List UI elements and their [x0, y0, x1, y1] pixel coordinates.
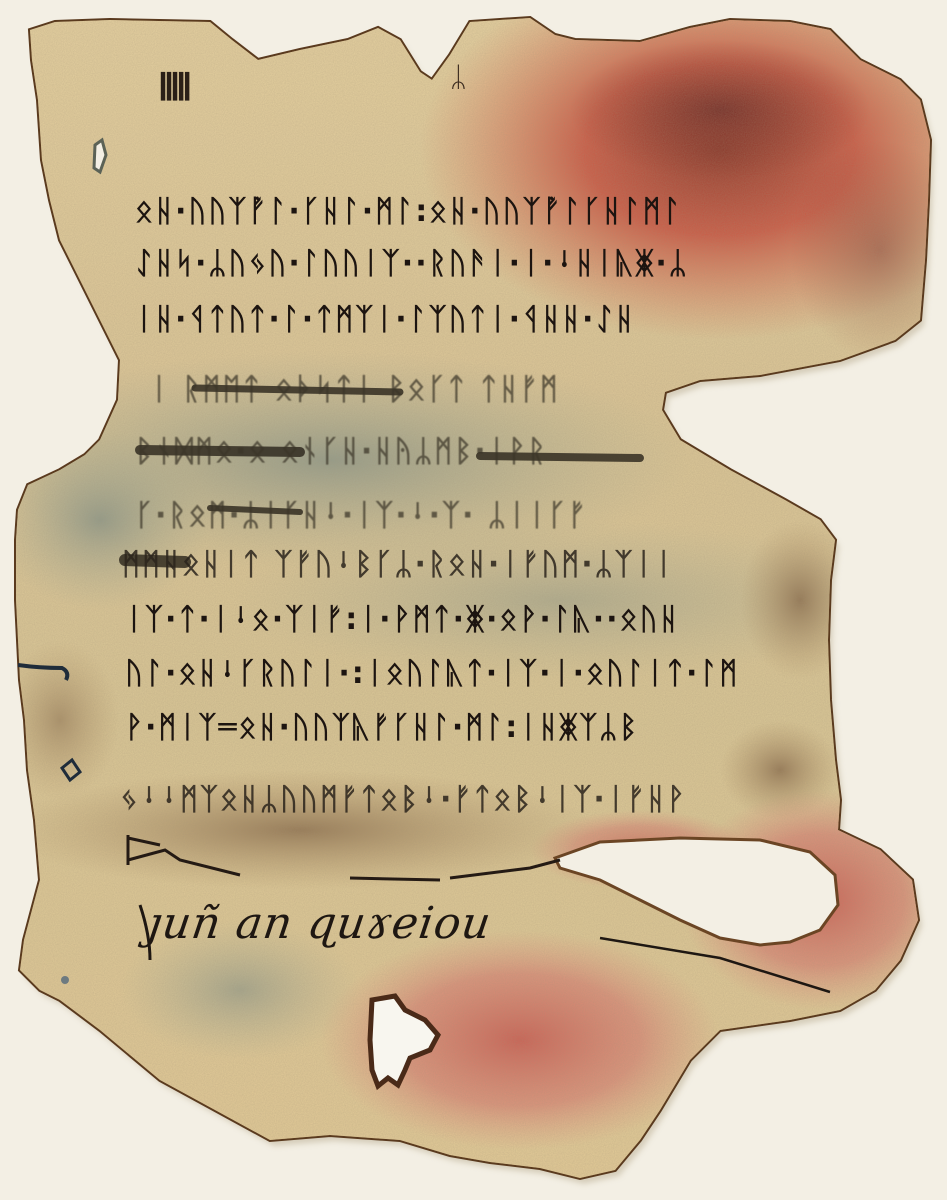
artwork-canvas: ⅠⅠⅠⅠⅠ ᛦ ᛟᚺ·ᚢᚢᛉᚡᛚ·ᚴᚺᛚ·ᛗᛚ:ᛟᚺ·ᚢᚢᛉᚡᛚᚴᚺᛚᛗᛚ ᛇᚺ… — [0, 0, 947, 1200]
parchment-page — [0, 0, 947, 1200]
